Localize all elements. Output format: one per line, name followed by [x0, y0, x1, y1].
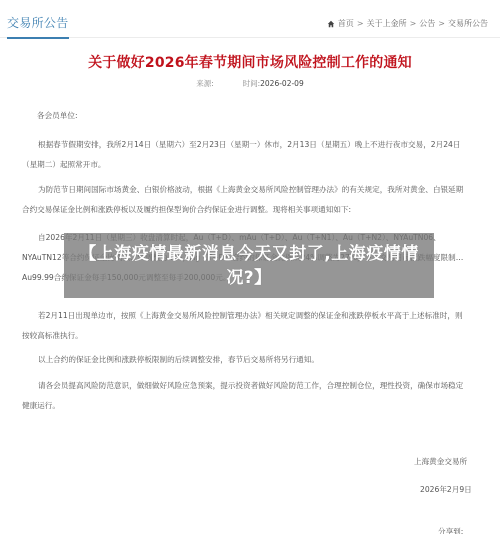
- breadcrumb-about[interactable]: 关于上金所: [367, 18, 407, 29]
- paragraph-text: 若2月11日出现单边市，按照《上海黄金交易所风险控制管理办法》相关规定调整的保证…: [22, 306, 470, 346]
- top-bar: 交易所公告 首页 > 关于上金所 > 公告 > 交易所公告: [0, 0, 500, 38]
- paragraph-text: 为防范节日期间国际市场黄金、白银价格波动，根据《上海黄金交易所风险控制管理办法》…: [22, 180, 470, 220]
- page: 交易所公告 首页 > 关于上金所 > 公告 > 交易所公告 关于做好2026年春…: [0, 0, 500, 534]
- breadcrumb-separator: >: [438, 19, 445, 28]
- paragraph-followup: 以上合约的保证金比例和涨跌停板限制的后续调整安排，春节后交易所将另行通知。: [22, 350, 470, 370]
- signature-organization: 上海黄金交易所: [414, 456, 467, 467]
- paragraph-text: 请各会员提高风险防范意识，做细做好风险应急预案，提示投资者做好风险防范工作，合理…: [22, 376, 470, 416]
- breadcrumb-separator: >: [357, 19, 364, 28]
- time-label: 时间:: [243, 79, 261, 88]
- share-label[interactable]: 分享到:: [438, 526, 463, 534]
- paragraph-risk: 为防范节日期间国际市场黄金、白银价格波动，根据《上海黄金交易所风险控制管理办法》…: [22, 180, 470, 220]
- breadcrumb-separator: >: [410, 19, 417, 28]
- overlay-headline: 【上海疫情最新消息今天又封了,上海疫情情况?】: [76, 242, 422, 290]
- tab-exchange-announcements[interactable]: 交易所公告: [7, 14, 69, 39]
- time-value: 2026-02-09: [260, 79, 304, 88]
- source-label: 来源:: [196, 79, 214, 88]
- breadcrumb-announcements[interactable]: 公告: [419, 18, 435, 29]
- paragraph-holiday: 根据春节假期安排，我所2月14日（星期六）至2月23日（星期一）休市，2月13日…: [22, 135, 470, 175]
- home-icon[interactable]: [327, 20, 335, 28]
- headline-overlay: 【上海疫情最新消息今天又封了,上海疫情情况?】: [64, 233, 434, 298]
- paragraph-text: 根据春节假期安排，我所2月14日（星期六）至2月23日（星期一）休市，2月13日…: [22, 135, 470, 175]
- signature-date: 2026年2月9日: [420, 484, 472, 495]
- breadcrumb-exchange-announcements[interactable]: 交易所公告: [448, 18, 488, 29]
- paragraph-one-sided-market: 若2月11日出现单边市，按照《上海黄金交易所风险控制管理办法》相关规定调整的保证…: [22, 306, 470, 346]
- paragraph-advice: 请各会员提高风险防范意识，做细做好风险应急预案，提示投资者做好风险防范工作，合理…: [22, 376, 470, 416]
- breadcrumb-home[interactable]: 首页: [338, 18, 354, 29]
- article-title: 关于做好2026年春节期间市场风险控制工作的通知: [0, 52, 500, 72]
- paragraph-text: 以上合约的保证金比例和涨跌停板限制的后续调整安排，春节后交易所将另行通知。: [22, 350, 470, 370]
- article-meta: 来源: 时间:2026-02-09: [0, 78, 500, 89]
- salutation: 各会员单位:: [37, 110, 78, 121]
- breadcrumb: 首页 > 关于上金所 > 公告 > 交易所公告: [327, 18, 488, 29]
